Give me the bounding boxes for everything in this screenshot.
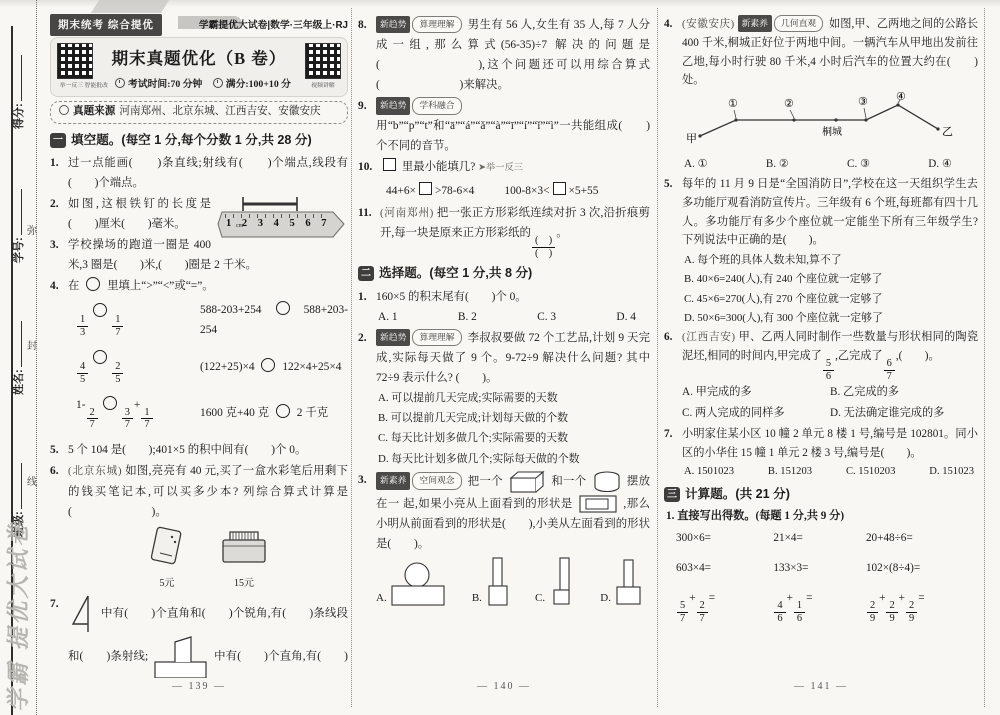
inequality-1: 44+6×>78-6×4 <box>386 181 474 201</box>
question-text: 每年的 11 月 9 日是“全国消防日”,学校在这一天组织学生去多功能厅观看消防… <box>682 178 978 246</box>
question-text: 起,如果小亮从上面看到的形状是 <box>403 498 573 510</box>
question-number: 6. <box>50 461 59 481</box>
option-a: A. 可以提前几天完成;实际需要的天数 <box>378 389 650 408</box>
price-label: 5元 <box>148 575 186 593</box>
calc-expression: 57+27= <box>676 589 773 624</box>
fill-q3: 3. 学校操场的跑道一圈是 400 米,3 圈是( )米,( )圈是 2 千米。 <box>50 235 348 275</box>
question-number: 2. <box>358 328 367 348</box>
choice-q2: 2. 新趋势算理理解 李叔叔要做 72 个工艺品,计划 9 天完成,实际每天做了… <box>358 328 650 469</box>
column-2: 8. 新趋势算理理解 男生有 56 人,女生有 35 人,每 7 人分成一组,那… <box>358 14 650 678</box>
option-b: B. 可以提前几天完成;计划每天做的个数 <box>378 409 650 428</box>
shape-option-d: D. <box>600 558 644 608</box>
calc-expression: 46+16= <box>773 589 866 624</box>
inequality-row: 44+6×>78-6×4 100-8×3<×5+55 <box>386 181 650 201</box>
class-blank-line <box>12 463 22 509</box>
section-2-icon: 二 <box>358 266 374 281</box>
series-title: 学霸提优大试卷|数学·三年级上·RJ <box>199 17 348 34</box>
option-b: B. 2 <box>458 307 477 327</box>
question-text: 160×5 的积末尾有( )个 0。 <box>376 291 527 303</box>
cylinder-figure <box>593 471 621 493</box>
trend-badge: 新趋势 <box>376 329 410 346</box>
exam-type-badge: 期末统考 综合提优 <box>50 14 162 36</box>
fill-q8: 8. 新趋势算理理解 男生有 56 人,女生有 35 人,每 7 人分成一组,那… <box>358 15 650 95</box>
shape-option-c: C. <box>535 556 576 608</box>
ruler-figure: 1 2 3 4 5 6 7 cm <box>217 194 348 241</box>
question-number: 4. <box>664 15 672 34</box>
choice-q6: 6. (江西吉安) 甲、乙两人同时制作一些数量与形状相同的陶瓷泥坯,相同的时间内… <box>664 328 978 424</box>
scan-artifact <box>91 0 169 13</box>
calc-expression: 21×4= <box>773 529 866 548</box>
section-2-title: 选择题。 <box>379 266 429 280</box>
question-number: 7. <box>50 594 59 614</box>
compare-left: 4525 <box>76 349 200 385</box>
option-label: A. <box>376 589 387 608</box>
fill-q9: 9. 新趋势学科融合 用“b”“p”“t”和“ā”“á”“ǎ”“à”“ī”“í”… <box>358 96 650 156</box>
brand-watermark: 学霸 提优大试卷 <box>0 521 33 712</box>
skill-badge: 算理理解 <box>412 329 461 346</box>
bar-with-small-square-figure <box>548 556 576 608</box>
fill-q6: 6. (北京东城) 如图,亮亮有 40 元,买了一盒水彩笔后用剩下的钱买笔记本,… <box>50 461 348 592</box>
skill-badge: 算理理解 <box>412 16 461 33</box>
question-number: 2. <box>50 194 59 214</box>
option-a: A. 1 <box>378 307 398 327</box>
option-d: D. 每天比计划多做几个;实际每天做的个数 <box>378 450 650 469</box>
paper-title: 期末真题优化（B 卷） <box>99 44 299 73</box>
route-point-1: ① <box>728 98 738 110</box>
option-label: C. <box>535 589 545 608</box>
page-right-edge <box>984 8 985 707</box>
options-grid: A. 甲完成的多 B. 乙完成的多 C. 两人完成的同样多 D. 无法确定谁完成… <box>682 382 978 424</box>
paper-title-box: 举一反三 智能批改 期末真题优化（B 卷） 考试时间:70 分钟 满分:100+… <box>50 37 348 97</box>
skill-badge: 空间观念 <box>412 472 461 489</box>
compare-left: 1317 <box>76 302 200 338</box>
score-blank-line <box>12 55 22 101</box>
studentid-blank-line <box>12 189 22 235</box>
column-1: 期末统考 综合提优 学霸提优大试卷|数学·三年级上·RJ 举一反三 智能批改 期… <box>50 14 348 678</box>
question-text: 5 个 104 是( );401×5 的积中间有( )个 0。 <box>68 444 306 456</box>
fill-q1: 1. 过一点能画( )条直线;射线有( )个端点,线段有( )个端点。 <box>50 153 348 193</box>
bar-on-pedestal-figure <box>614 558 644 608</box>
column-3: 4. (安徽安庆) 新素养几何直观 如图,甲、乙两地之间的公路长 400 千米,… <box>664 14 978 678</box>
full-score: 满分:100+10 分 <box>226 79 291 90</box>
exam-paper-page: 弥 封 线 班级: 姓名: 学号: 得分: 学霸 提优大试卷 期末统考 综合提优… <box>0 0 1000 715</box>
option-d: D. 4 <box>616 307 636 327</box>
inequality-2: 100-8×3<×5+55 <box>504 181 598 201</box>
page-number-141: — 141 — <box>664 681 978 692</box>
studentid-label: 学号: <box>13 237 25 263</box>
exam-meta: 考试时间:70 分钟 满分:100+10 分 <box>99 76 299 93</box>
score-field: 得分: <box>10 55 26 129</box>
question-number: 7. <box>664 425 672 444</box>
compare-right: 1600 克+40 克 2 千克 <box>200 403 348 423</box>
question-text: 如图,这根铁钉的长度是( )厘米( )毫米。 <box>68 198 211 230</box>
price-figures: 5元 15元 <box>68 526 348 593</box>
option-d: D. ④ <box>928 155 952 174</box>
calc-expression: 300×6= <box>676 529 773 548</box>
options-row: A. 1 B. 2 C. 3 D. 4 <box>376 307 650 327</box>
question-text: 过一点能画( )条直线;射线有( )个端点,线段有( )个端点。 <box>68 157 348 189</box>
option-a: A. ① <box>684 155 708 174</box>
source-city-tag: (河南郑州) <box>380 208 434 219</box>
literacy-badge: 新素养 <box>738 15 772 32</box>
route-diagram: ① ② ③ ④ 甲 桐城 乙 <box>684 92 978 155</box>
route-start-label: 甲 <box>686 132 697 145</box>
options-row: A. 1501023 B. 151203 C. 1510203 D. 15102… <box>682 463 978 481</box>
exam-time: 考试时间:70 分钟 <box>128 79 202 90</box>
options-row: A. ① B. ② C. ③ D. ④ <box>682 155 978 174</box>
question-number: 3. <box>50 235 59 255</box>
choice-q1: 1. 160×5 的积末尾有( )个 0。 A. 1 B. 2 C. 3 D. … <box>358 287 650 327</box>
compare-right: 588-203+254 588+203-254 <box>200 300 348 340</box>
question-text: 用“b”“p”“t”和“ā”“á”“ǎ”“à”“ī”“í”“ǐ”“ì”一共能组成… <box>376 120 650 152</box>
option-b: B. 40×6=240(人),有 240 个座位就一定够了 <box>684 270 978 288</box>
qr-right-caption: 视频讲解 <box>307 81 339 91</box>
option-c: C. 每天比计划多做几个;实际需要的天数 <box>378 429 650 448</box>
studentid-field: 学号: <box>10 189 26 263</box>
page-number-140: — 140 — <box>358 681 650 692</box>
choice-q5: 5. 每年的 11 月 9 日是“全国消防日”,学校在这一天组织学生去多功能厅观… <box>664 175 978 328</box>
option-d: D. 无法确定谁完成的多 <box>830 404 978 423</box>
question-text: 学校操场的跑道一圈是 400 米,3 圈是( )米,( )圈是 2 千米。 <box>68 239 257 271</box>
question-text: 小明家住某小区 10 幢 2 单元 8 楼 1 号,编号是 102801。同小区… <box>682 428 978 459</box>
route-point-2: ② <box>784 98 794 110</box>
shape-option-b: B. <box>472 556 511 608</box>
shape-option-a: A. <box>376 562 448 608</box>
question-text: 里最小能填几? <box>380 161 475 173</box>
literacy-badge: 新素养 <box>376 472 410 489</box>
calc-expression: 20+48÷6= <box>866 529 978 548</box>
notebook-figure: 5元 <box>148 526 186 593</box>
calc-expression: 133×3= <box>773 559 866 578</box>
option-a: A. 1501023 <box>684 463 734 481</box>
question-text: 把一个 <box>468 475 503 487</box>
option-a: A. 甲完成的多 <box>682 383 830 402</box>
compare-row-3: 1-2737+17 1600 克+40 克 2 千克 <box>76 395 348 431</box>
section-1-title: 填空题。 <box>71 133 121 147</box>
question-number: 1. <box>358 287 367 307</box>
section-2-note: (每空 1 分,共 8 分) <box>429 266 532 280</box>
route-point-4: ④ <box>896 92 906 103</box>
bar-on-square-figure <box>485 556 511 608</box>
score-icon <box>213 78 223 88</box>
fill-q5: 5. 5 个 104 是( );401×5 的积中间有( )个 0。 <box>50 440 348 460</box>
question-number: 1. <box>50 153 59 173</box>
option-d: D. 50×6=300(人),有 300 个座位就一定够了 <box>684 309 978 327</box>
calc-expression: 102×(8÷4)= <box>866 559 978 578</box>
option-b: B. 乙完成的多 <box>830 383 978 402</box>
circle-on-rect-figure <box>390 562 448 608</box>
qr-code-right <box>305 43 341 79</box>
trend-badge: 新趋势 <box>376 16 410 33</box>
skill-badge: 几何直观 <box>774 15 823 32</box>
source-city-tag: (江西吉安) <box>682 332 736 343</box>
calc-subtitle-text: 1. 直接写出得数。(每题 1 分,共 9 分) <box>666 510 844 522</box>
section-1-header: 一填空题。(每空 1 分,每个分数 1 分,共 28 分) <box>50 129 348 151</box>
variation-link: ➤举一反三 <box>478 163 523 173</box>
name-blank-line <box>12 321 22 367</box>
question-number: 8. <box>358 15 367 35</box>
score-label: 得分: <box>13 103 25 129</box>
paintbox-figure: 15元 <box>220 526 268 593</box>
compare-right: (122+25)×4 122×4+25×4 <box>200 357 348 377</box>
question-number: 3. <box>358 470 367 490</box>
seal-line <box>36 0 37 715</box>
fill-q2: 2. 1 2 3 4 5 6 7 cm 如图,这根铁钉的长度是( )厘米( )毫… <box>50 194 348 234</box>
compare-row-2: 4525 (122+25)×4 122×4+25×4 <box>76 349 348 385</box>
fill-q4: 4. 在 里填上“>”“<”或“=”。 1317 588-203+254 588… <box>50 276 348 431</box>
price-label: 15元 <box>220 575 268 593</box>
question-number: 5. <box>664 175 672 194</box>
option-c: C. ③ <box>847 155 870 174</box>
question-number: 5. <box>50 440 59 460</box>
choice-q4: 4. (安徽安庆) 新素养几何直观 如图,甲、乙两地之间的公路长 400 千米,… <box>664 15 978 174</box>
option-label: B. <box>472 589 482 608</box>
section-3-header: 三计算题。(共 21 分) <box>664 484 978 505</box>
fill-q10: 10. 里最小能填几? ➤举一反三 44+6×>78-6×4 100-8×3<×… <box>358 157 650 200</box>
name-label: 姓名: <box>13 369 25 395</box>
qr-right-wrap: 视频讲解 <box>305 43 341 91</box>
route-diagram-svg: ① ② ③ ④ 甲 桐城 乙 <box>684 92 964 148</box>
column-separator <box>351 8 352 707</box>
calc-expression: 29+29+29= <box>866 589 978 624</box>
choice-q7: 7. 小明家住某小区 10 幢 2 单元 8 楼 1 号,编号是 102801。… <box>664 425 978 480</box>
calc-expression: 603×4= <box>676 559 773 578</box>
question-text: 在 里填上“>”“<”或“=”。 <box>68 280 214 292</box>
option-b: B. 151203 <box>768 463 812 481</box>
page-number-139: — 139 — <box>50 681 348 692</box>
route-end-label: 乙 <box>942 125 953 138</box>
option-d: D. 151023 <box>929 463 974 481</box>
fill-q7: 7. 中有( )个直角和( )个锐角,有( )条线段和( )条射线; 中有( )… <box>50 594 348 678</box>
column-separator <box>657 8 658 707</box>
qr-code-left <box>57 43 93 79</box>
angle-figure <box>71 594 95 634</box>
compare-left: 1-2737+17 <box>76 395 200 431</box>
section-1-note: (每空 1 分,每个分数 1 分,共 28 分) <box>121 133 311 147</box>
option-label: D. <box>600 589 611 608</box>
source-cities: 河南郑州、北京东城、江西吉安、安徽安庆 <box>119 106 320 117</box>
option-a: A. 每个班的具体人数未知,算不了 <box>684 251 978 269</box>
section-2-header: 二选择题。(每空 1 分,共 8 分) <box>358 262 650 284</box>
mental-math-grid: 300×6= 21×4= 20+48÷6= 603×4= 133×3= 102×… <box>664 529 978 624</box>
route-mid-label: 桐城 <box>822 125 842 138</box>
option-c: C. 3 <box>537 307 556 327</box>
option-c: C. 45×6=270(人),有 270 个座位就一定够了 <box>684 290 978 308</box>
source-label: 真题来源 <box>73 106 115 117</box>
clock-icon <box>115 78 125 88</box>
question-number: 11. <box>358 203 372 223</box>
ruler-unit: cm <box>236 221 243 232</box>
route-point-3: ③ <box>858 96 868 108</box>
cuboid-figure <box>509 470 545 494</box>
trend-badge: 新趋势 <box>376 97 410 114</box>
section-3-title: 计算题。 <box>685 487 735 501</box>
location-pin-icon <box>59 105 69 115</box>
fill-q11: 11. (河南郑州) 把一张正方形彩纸连续对折 3 次,沿折痕剪开,每一块是原来… <box>358 203 650 260</box>
section-3-note: (共 21 分) <box>735 487 790 501</box>
calc-subtitle: 1. 直接写出得数。(每题 1 分,共 9 分) <box>664 507 978 526</box>
notebook-icon <box>148 526 186 568</box>
section-3-icon: 三 <box>664 487 680 502</box>
paintbox-icon <box>220 526 268 568</box>
option-c: C. 两人完成的同样多 <box>682 404 830 423</box>
skill-badge: 学科融合 <box>412 97 461 114</box>
question-number: 4. <box>50 276 59 296</box>
source-box: 真题来源河南郑州、北京东城、江西吉安、安徽安庆 <box>50 101 348 124</box>
header-top-row: 期末统考 综合提优 学霸提优大试卷|数学·三年级上·RJ <box>50 14 348 35</box>
source-city-tag: (北京东城) <box>68 466 122 477</box>
question-text: 和一个 <box>551 475 586 487</box>
question-number: 10. <box>358 157 372 177</box>
compare-row-1: 1317 588-203+254 588+203-254 <box>76 300 348 340</box>
top-view-figure <box>579 495 617 513</box>
source-city-tag: (安徽安庆) <box>682 19 735 30</box>
choice-q3: 3. 新素养空间观念 把一个 和一个 摆放在一 起,如果小亮从上面看到的形状是 … <box>358 470 650 608</box>
option-c: C. 1510203 <box>846 463 895 481</box>
question-number: 6. <box>664 328 672 347</box>
name-field: 姓名: <box>10 321 26 395</box>
composite-shape-figure <box>154 634 208 678</box>
question-number: 9. <box>358 96 367 116</box>
section-1-icon: 一 <box>50 133 66 148</box>
option-b: B. ② <box>766 155 789 174</box>
title-center: 期末真题优化（B 卷） 考试时间:70 分钟 满分:100+10 分 <box>99 44 299 93</box>
shape-options-row: A. B. <box>376 554 650 608</box>
